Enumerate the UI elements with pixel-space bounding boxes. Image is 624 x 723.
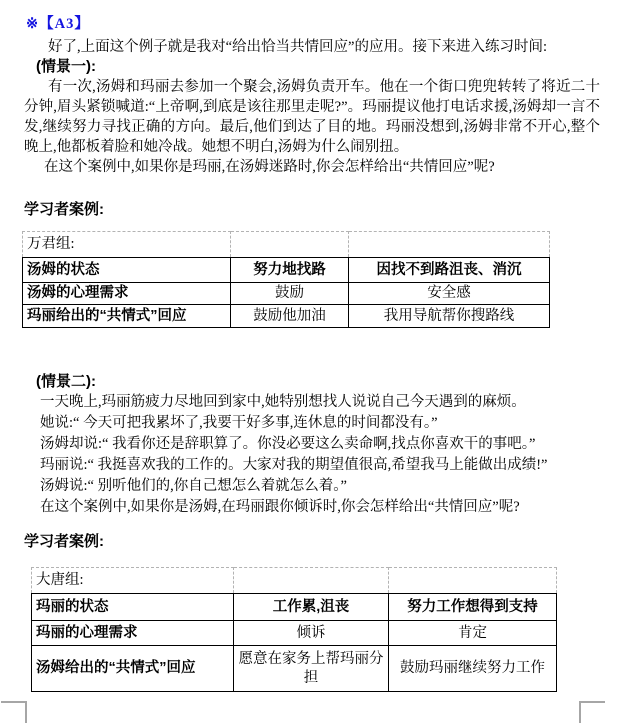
scenario2-heading: (情景二):	[24, 372, 600, 392]
page-margin-mark-bottom-left	[1, 701, 27, 723]
empty-cell	[389, 568, 557, 594]
table-row: 玛丽给出的“共情式”回应 鼓励他加油 我用导航帮你搜路线	[23, 305, 550, 328]
table-cell: 努力地找路	[231, 258, 349, 283]
scenario2-line: 汤姆说:“ 别听他们的,你自己想怎么着就怎么着。”	[24, 476, 600, 497]
table-cell: 工作累,沮丧	[234, 594, 389, 621]
scenario2-line: 玛丽说:“ 我挺喜欢我的工作的。大家对我的期望值很高,希望我马上能做出成绩!”	[24, 455, 600, 476]
scenario2-line: 一天晚上,玛丽筋疲力尽地回到家中,她特别想找人说说自己今天遇到的麻烦。	[24, 392, 600, 413]
table-cell: 努力工作想得到支持	[389, 594, 557, 621]
table-cell: 鼓励他加油	[231, 305, 349, 328]
intro-paragraph: 好了,上面这个例子就是我对“给出恰当共情回应”的应用。接下来进入练习时间:	[24, 37, 600, 57]
document-page: { "colors": { "title_blue": "#1414e0", "…	[0, 0, 624, 723]
table-cell: 汤姆的心理需求	[23, 283, 231, 305]
scenario2-line: 她说:“ 今天可把我累坏了,我要干好多事,连休息的时间都没有。”	[24, 413, 600, 434]
learner-case-label-1: 学习者案例:	[24, 200, 600, 220]
table-cell: 肯定	[389, 621, 557, 646]
table-cell: 鼓励玛丽继续努力工作	[389, 646, 557, 692]
table-cell: 玛丽的状态	[32, 594, 234, 621]
table-cell: 鼓励	[231, 283, 349, 305]
scenario1-body: 有一次,汤姆和玛丽去参加一个聚会,汤姆负责开车。他在一个街口兜兜转转了将近二十分…	[24, 77, 600, 157]
table-cell: 安全感	[349, 283, 550, 305]
table-cell: 玛丽给出的“共情式”回应	[23, 305, 231, 328]
learner-case-label-2: 学习者案例:	[24, 532, 600, 552]
table-group-row: 大唐组:	[32, 568, 557, 594]
learner-case-table-1: 万君组: 汤姆的状态 努力地找路 因找不到路沮丧、消沉 汤姆的心理需求 鼓励 安…	[22, 231, 550, 328]
table-row: 玛丽的心理需求 倾诉 肯定	[32, 621, 557, 646]
scenario2-question: 在这个案例中,如果你是汤姆,在玛丽跟你倾诉时,你会怎样给出“共情回应”呢?	[24, 497, 600, 518]
group-name-cell: 万君组:	[23, 232, 231, 258]
table-row: 汤姆的状态 努力地找路 因找不到路沮丧、消沉	[23, 258, 550, 283]
scenario1-question: 在这个案例中,如果你是玛丽,在汤姆迷路时,你会怎样给出“共情回应”呢?	[24, 157, 600, 177]
empty-cell	[234, 568, 389, 594]
table-group-row: 万君组:	[23, 232, 550, 258]
section-marker-title: ※【A3】	[24, 14, 600, 34]
learner-case-table-2: 大唐组: 玛丽的状态 工作累,沮丧 努力工作想得到支持 玛丽的心理需求 倾诉 肯…	[31, 567, 557, 692]
table-cell: 玛丽的心理需求	[32, 621, 234, 646]
table-cell: 倾诉	[234, 621, 389, 646]
document-content: ※【A3】 好了,上面这个例子就是我对“给出恰当共情回应”的应用。接下来进入练习…	[0, 14, 624, 692]
scenario1-heading: (情景一):	[24, 57, 600, 77]
page-margin-mark-bottom-right	[579, 701, 605, 723]
scenario2-line: 汤姆却说:“ 我看你还是辞职算了。你没必要这么卖命啊,找点你喜欢干的事吧。”	[24, 434, 600, 455]
table-row: 汤姆给出的“共情式”回应 愿意在家务上帮玛丽分担 鼓励玛丽继续努力工作	[32, 646, 557, 692]
table-row: 汤姆的心理需求 鼓励 安全感	[23, 283, 550, 305]
empty-cell	[231, 232, 349, 258]
empty-cell	[349, 232, 550, 258]
table-cell: 因找不到路沮丧、消沉	[349, 258, 550, 283]
table-cell: 汤姆给出的“共情式”回应	[32, 646, 234, 692]
table-cell: 我用导航帮你搜路线	[349, 305, 550, 328]
table-cell: 汤姆的状态	[23, 258, 231, 283]
table-row: 玛丽的状态 工作累,沮丧 努力工作想得到支持	[32, 594, 557, 621]
group-name-cell: 大唐组:	[32, 568, 234, 594]
table-cell: 愿意在家务上帮玛丽分担	[234, 646, 389, 692]
